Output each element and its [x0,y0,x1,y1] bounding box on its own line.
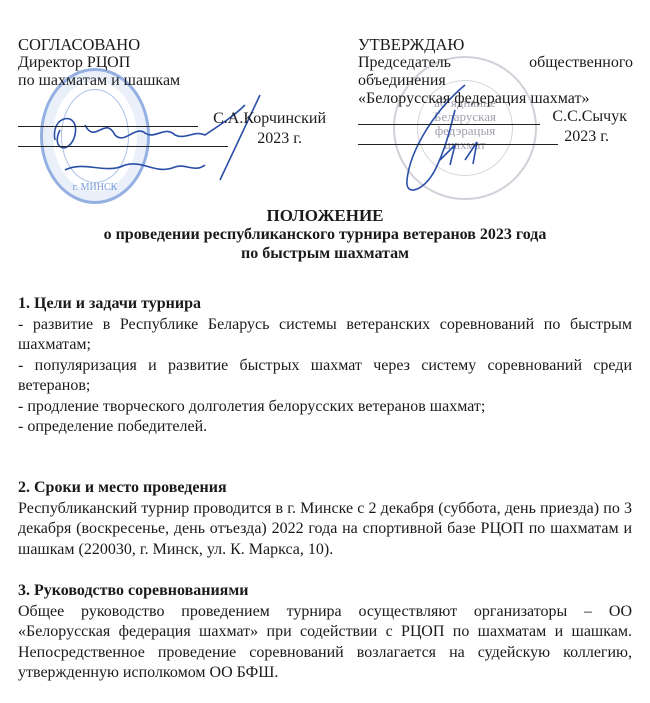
signer-name: С.С.Сычук [552,108,627,126]
list-item: - продление творческого долголетия белор… [18,397,632,418]
section-management: 3. Руководство соревнованиями Общее руко… [18,581,632,684]
section-text: Республиканский турнир проводится в г. М… [18,499,632,561]
signature-line: С.С.Сычук [358,108,633,128]
approval-date: 2023 г. [564,128,609,146]
section-text: Общее руководство проведением турнира ос… [18,602,632,684]
list-item: - определение победителей. [18,417,632,438]
signature-line: С.А.Корчинский [18,110,328,130]
approver-organization-name: «Белорусская федерация шахмат» [358,90,633,108]
document-subtitle-cont: по быстрым шахматам [0,245,650,263]
signer-name: С.А.Корчинский [213,110,326,128]
section-title: 3. Руководство соревнованиями [18,581,632,602]
list-item: - популяризация и развитие быстрых шахма… [18,356,632,397]
date-line: 2023 г. [358,128,633,148]
approval-title: УТВЕРЖДАЮ [358,36,633,54]
section-goals: 1. Цели и задачи турнира - развитие в Ре… [18,294,632,438]
approver-position: Председатель [358,54,451,72]
date-line: 2023 г. [18,130,328,150]
section-title: 1. Цели и задачи турнира [18,294,632,315]
document-title: ПОЛОЖЕНИЕ [0,206,650,226]
list-item: - развитие в Республике Беларусь системы… [18,315,632,356]
document-page: г. МИНСК абʼяднанне Беларуская федэрацыя… [0,0,650,703]
approval-block-agreed: СОГЛАСОВАНО Директор РЦОП по шахматам и … [18,36,328,150]
section-dates-venue: 2. Сроки и место проведения Республиканс… [18,478,632,560]
approver-organization: по шахматам и шашкам [18,72,328,90]
document-subtitle: о проведении республиканского турнира ве… [0,226,650,244]
stamp-left-text: г. МИНСК [43,181,147,195]
approval-title: СОГЛАСОВАНО [18,36,328,54]
approver-organization: объединения [358,72,633,90]
section-title: 2. Сроки и место проведения [18,478,632,499]
approval-date: 2023 г. [257,130,302,148]
approver-position-cont: общественного [529,54,633,72]
approver-position: Директор РЦОП [18,54,328,72]
approval-block-approved: УТВЕРЖДАЮ Председатель общественного объ… [358,36,633,148]
